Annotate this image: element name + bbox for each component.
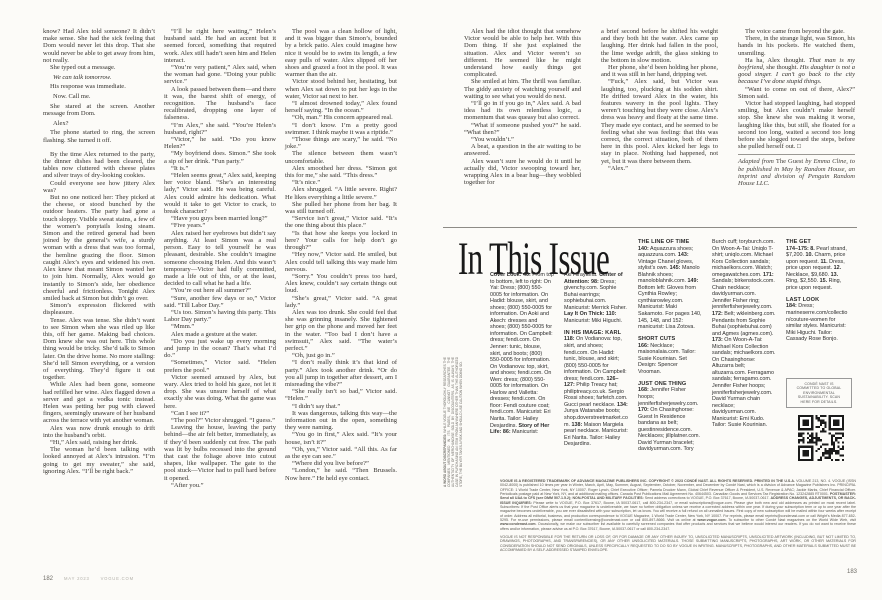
paragraph: 174–175: 8. Pearl strand, $7,200. 10. Ch… — [786, 246, 850, 292]
magazine-spread: { "left_page": { "columns": [ {"blocks":… — [0, 0, 882, 600]
paragraph: “Have you guys been married long?” — [164, 215, 276, 222]
paragraph: “I’m Alex,” she said. “You’re Helen’s hu… — [164, 122, 276, 136]
paragraph: Alex raised her eyebrows but didn’t say … — [164, 230, 276, 288]
paragraph: 166: Necklace; maisonalaia.com. Tailor: … — [638, 343, 702, 376]
paragraph: But no one noticed her: They picked at t… — [43, 194, 155, 302]
paragraph: “I didn’t say that.” — [285, 403, 397, 410]
credits-column-a: Cover Look: 40: From top to bottom, left… — [490, 272, 554, 436]
paragraph: “Oh, just go in.” — [285, 352, 397, 359]
paragraph: By the time Alex returned to the party, … — [43, 151, 155, 180]
paragraph: She pulled her phone from her bag. It wa… — [285, 201, 397, 215]
sustainability-box: CONDÉ NAST ISCOMMITTED TO GLOBALENVIRONM… — [786, 378, 852, 408]
footer-left: 182MAY 2023VOGUE.COM — [43, 567, 134, 585]
fiction-column-2: “I’ll be right here waiting,” Helen’s hu… — [164, 28, 276, 489]
fiction-column-5: a brief second before he shifted his wei… — [601, 28, 718, 172]
paragraph: Alex was now drunk enough to drift into … — [43, 425, 155, 439]
paragraph: “Those things are scary,” he said. “No j… — [285, 136, 397, 150]
paragraph: “Fuck,” Alex said, but Victor was laughi… — [601, 78, 718, 164]
paragraph: 140: Aquazzura shoes; aquazzura.com. 143… — [638, 246, 702, 331]
paragraph: “Want to come on out of there, Alex?” Si… — [738, 86, 855, 100]
paragraph: 118: On Vodianova: top, skirt, and shoes… — [564, 336, 628, 447]
credits-column-b: Aki Hirayama. Center of Attention: 98: D… — [564, 272, 628, 448]
end-rule — [738, 154, 855, 155]
paragraph: Ha ha, Alex thought. That man is my boyf… — [738, 57, 855, 86]
paragraph: Simon’s expression flickered with disple… — [43, 302, 155, 316]
legal-text: VOGUE IS A REGISTERED TRADEMARK OF ADVAN… — [500, 479, 856, 557]
credits-column-d: Burch cuff; toryburch.com. On Woon-A-Tai… — [712, 239, 776, 429]
fiction-column-4: Alex had the idiot thought that somehow … — [464, 28, 581, 186]
paragraph: Could everyone see how jittery Alex was? — [43, 180, 155, 194]
paragraph: Burch cuff; toryburch.com. On Woon-A-Tai… — [712, 239, 776, 429]
paragraph: The pool was a clean hollow of light, an… — [285, 28, 397, 78]
paragraph: “Sorry.” You couldn’t press too hard, Al… — [285, 273, 397, 295]
paragraph: “Mmm.” — [164, 323, 276, 330]
paragraph: “Helen seems great,” Alex said, keeping … — [164, 172, 276, 215]
paragraph: Alex wasn’t sure he would do it until he… — [464, 158, 581, 187]
qr-code — [798, 415, 844, 461]
paragraph: She smiled at him. The thrill was famili… — [464, 78, 581, 100]
paragraph: “Where did you live before?” — [285, 460, 397, 467]
paragraph: His response was immediate. — [43, 83, 155, 90]
paragraph: The woman he’d been talking with looked … — [43, 446, 155, 475]
paragraph: The phone started to ring, the screen fl… — [43, 129, 155, 143]
paragraph: There, in the strange light, was Simon, … — [738, 35, 855, 57]
paragraph: “It is.” — [164, 165, 276, 172]
paragraph: “You go in first,” Alex said. “It’s your… — [285, 431, 397, 445]
paragraph: VOGUE IS A REGISTERED TRADEMARK OF ADVAN… — [500, 479, 856, 531]
qr-code-svg — [798, 415, 844, 461]
paragraph: “Is that how she keeps you locked in her… — [285, 230, 397, 252]
paragraph: “It’s nice.” — [285, 179, 397, 186]
paragraph: “You’re very patient,” Alex said, when t… — [164, 64, 276, 86]
fiction-column-1: know? Had Alex told someone? It didn’t m… — [43, 28, 155, 475]
paragraph: Adapted from The Guest by Emma Cline, to… — [738, 158, 855, 187]
paragraph: “I’ll go in if you go in,” Alex said. A … — [464, 100, 581, 122]
paragraph: “Do you just wake up every morning and j… — [164, 338, 276, 360]
paragraph: “I’ll be right here waiting,” Helen’s hu… — [164, 28, 276, 64]
paragraph: Alex? — [53, 120, 155, 127]
fiction-column-6: The voice came from beyond the gate.Ther… — [738, 28, 855, 187]
paragraph: “You’re out here all summer?” — [164, 287, 276, 294]
paragraph: “Hi,” Alex said, raising her drink. — [43, 439, 155, 446]
paragraph: Cover Look: 40: From top to bottom, left… — [490, 272, 554, 436]
footer-date: MAY 2023 — [64, 576, 90, 581]
box-line: SUSTAINABILITY. SCAN — [790, 395, 848, 399]
paragraph: “Five years.” — [164, 222, 276, 229]
paragraph: It was dangerous, talking this way—the i… — [285, 410, 397, 432]
footer-right: 183 — [820, 569, 857, 575]
paragraph: “She really isn’t so bad,” Victor said. … — [285, 388, 397, 402]
paragraph: She stared at the screen. Another messag… — [43, 103, 155, 117]
paragraph: know? Had Alex told someone? It didn’t m… — [43, 28, 155, 64]
paragraph: “Oh, yes,” Victor said. “All this. As fa… — [285, 446, 397, 460]
paragraph: “The pool?” Victor shrugged. “I guess.” — [164, 417, 276, 424]
paragraph: “I don’t really think it’s that kind of … — [285, 359, 397, 388]
paragraph: A beat, a question in the air waiting to… — [464, 143, 581, 157]
page-number-right: 183 — [847, 569, 857, 575]
paragraph: “Us too. Simon’s having this party. This… — [164, 309, 276, 323]
paragraph: “After you.” — [164, 482, 276, 489]
paragraph: Alex had the idiot thought that somehow … — [464, 28, 581, 78]
paragraph: Tense. Alex was tense. She didn’t want t… — [43, 317, 155, 382]
box-line: HERE FOR DETAILS. — [790, 400, 848, 404]
paragraph: “London,” he said. “Then Brussels. Now h… — [285, 467, 397, 481]
paragraph: Alex smoothed her dress. “Simon got this… — [285, 165, 397, 179]
paragraph: “Sometimes,” Victor said. “Helen prefers… — [164, 359, 276, 373]
paragraph: 184: Dress; marineserre.com/collection/c… — [786, 303, 850, 342]
paragraph: The silence between them wasn’t uncomfor… — [285, 150, 397, 164]
paragraph: We can talk tomorrow. — [53, 74, 155, 81]
paragraph: While Alex had been gone, someone had re… — [43, 381, 155, 424]
paragraph: Alex was too drunk. She could feel that … — [285, 309, 397, 352]
paragraph: “Service isn’t great,” Victor said. “It’… — [285, 215, 397, 229]
credits-column-e: THE GET174–175: 8. Pearl strand, $7,200.… — [786, 239, 850, 343]
paragraph: VOGUE IS NOT RESPONSIBLE FOR THE RETURN … — [500, 535, 856, 552]
paragraph: “My boyfriend does. Simon.” She took a s… — [164, 150, 276, 164]
paragraph: She typed out a message. — [43, 64, 155, 71]
paragraph: “Can I see it?” — [164, 410, 276, 417]
paragraph: Aki Hirayama. Center of Attention: 98: D… — [564, 272, 628, 324]
paragraph: Alex shrugged. “A little severe. Right? … — [285, 186, 397, 200]
paragraph: 168: Jennifer Fisher hoops; jenniferfish… — [638, 387, 702, 452]
paragraph: “You wouldn’t.” — [464, 136, 581, 143]
vertical-disclaimer: A WORD ABOUT DISCREPANCIES: WHILE VOGUE … — [443, 357, 463, 487]
footer-site: VOGUE.COM — [101, 576, 134, 581]
paragraph: “I almost drowned today,” Alex found her… — [285, 100, 397, 114]
paragraph: Victor seemed amused by Alex, but wary. … — [164, 374, 276, 410]
paragraph: “Oh, man.” His concern appeared real. — [285, 114, 397, 121]
paragraph: The voice came from beyond the gate. — [738, 28, 855, 35]
paragraph: “She’s great,” Victor said. “A great lad… — [285, 295, 397, 309]
paragraph: Alex made a gesture at the water. — [164, 331, 276, 338]
paragraph: “Victor,” he said. “Do you know Helen?” — [164, 136, 276, 150]
paragraph: “Sure, another few days or so,” Victor s… — [164, 295, 276, 309]
paragraph: A look passed between them—and there it … — [164, 86, 276, 122]
paragraph: Leaving the house, leaving the party beh… — [164, 424, 276, 482]
paragraph: Now. Call me. — [53, 93, 155, 100]
fiction-column-3: The pool was a clean hollow of light, an… — [285, 28, 397, 482]
page-number-left: 182 — [43, 576, 53, 582]
credits-column-c: THE LINE OF TIME140: Aquazzura shoes; aq… — [638, 239, 702, 453]
paragraph: “Hey now,” Victor said. He smiled, but A… — [285, 251, 397, 273]
paragraph: “What if someone pushed you?” he said. “… — [464, 122, 581, 136]
paragraph: Her phone, she’d been holding her phone,… — [601, 64, 718, 78]
paragraph: a brief second before he shifted his wei… — [601, 28, 718, 64]
paragraph: “I don’t know. I’m a pretty good swimmer… — [285, 122, 397, 136]
paragraph: Victor had stopped laughing, had stopped… — [738, 100, 855, 150]
section-divider-rule — [443, 227, 857, 228]
paragraph: Victor stood behind her, hesitating, but… — [285, 78, 397, 100]
paragraph: “Alex.” — [601, 165, 718, 172]
